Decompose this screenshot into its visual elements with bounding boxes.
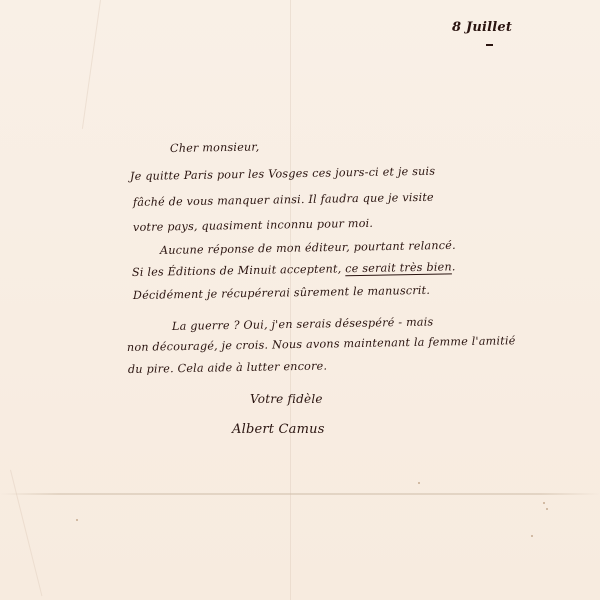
paper-speck [543, 502, 545, 504]
letter-paper: 8 Juillet Cher monsieur, Je quitte Paris… [0, 0, 600, 600]
vertical-fold-crease [290, 0, 291, 600]
paper-speck [531, 535, 533, 537]
body-line: fâché de vous manquer ainsi. Il faudra q… [133, 191, 434, 209]
body-line-start: Si les Éditions de Minuit acceptent, [132, 262, 345, 279]
salutation: Cher monsieur, [170, 140, 260, 155]
paper-speck [546, 508, 548, 510]
period: . [452, 260, 456, 273]
body-line: Aucune réponse de mon éditeur, pourtant … [160, 239, 456, 257]
body-line: non découragé, je crois. Nous avons main… [127, 334, 516, 354]
date-underline-mark [486, 44, 493, 46]
body-line: La guerre ? Oui, j'en serais désespéré -… [172, 315, 434, 333]
paper-crease [10, 470, 42, 596]
underlined-phrase: ce serait très bien [345, 260, 452, 275]
body-line: Je quitte Paris pour les Vosges ces jour… [130, 165, 435, 183]
paper-speck [76, 519, 78, 521]
body-line: Si les Éditions de Minuit acceptent, ce … [132, 260, 456, 279]
body-line: Décidément je récupérerai sûrement le ma… [133, 284, 430, 302]
letter-date: 8 Juillet [452, 20, 512, 35]
horizontal-fold-crease [0, 493, 600, 495]
body-line: du pire. Cela aide à lutter encore. [128, 360, 327, 376]
closing: Votre fidèle [250, 392, 323, 406]
paper-crease [82, 0, 101, 129]
body-line: votre pays, quasiment inconnu pour moi. [133, 217, 373, 234]
paper-speck [418, 482, 420, 484]
signature: Albert Camus [232, 422, 325, 437]
